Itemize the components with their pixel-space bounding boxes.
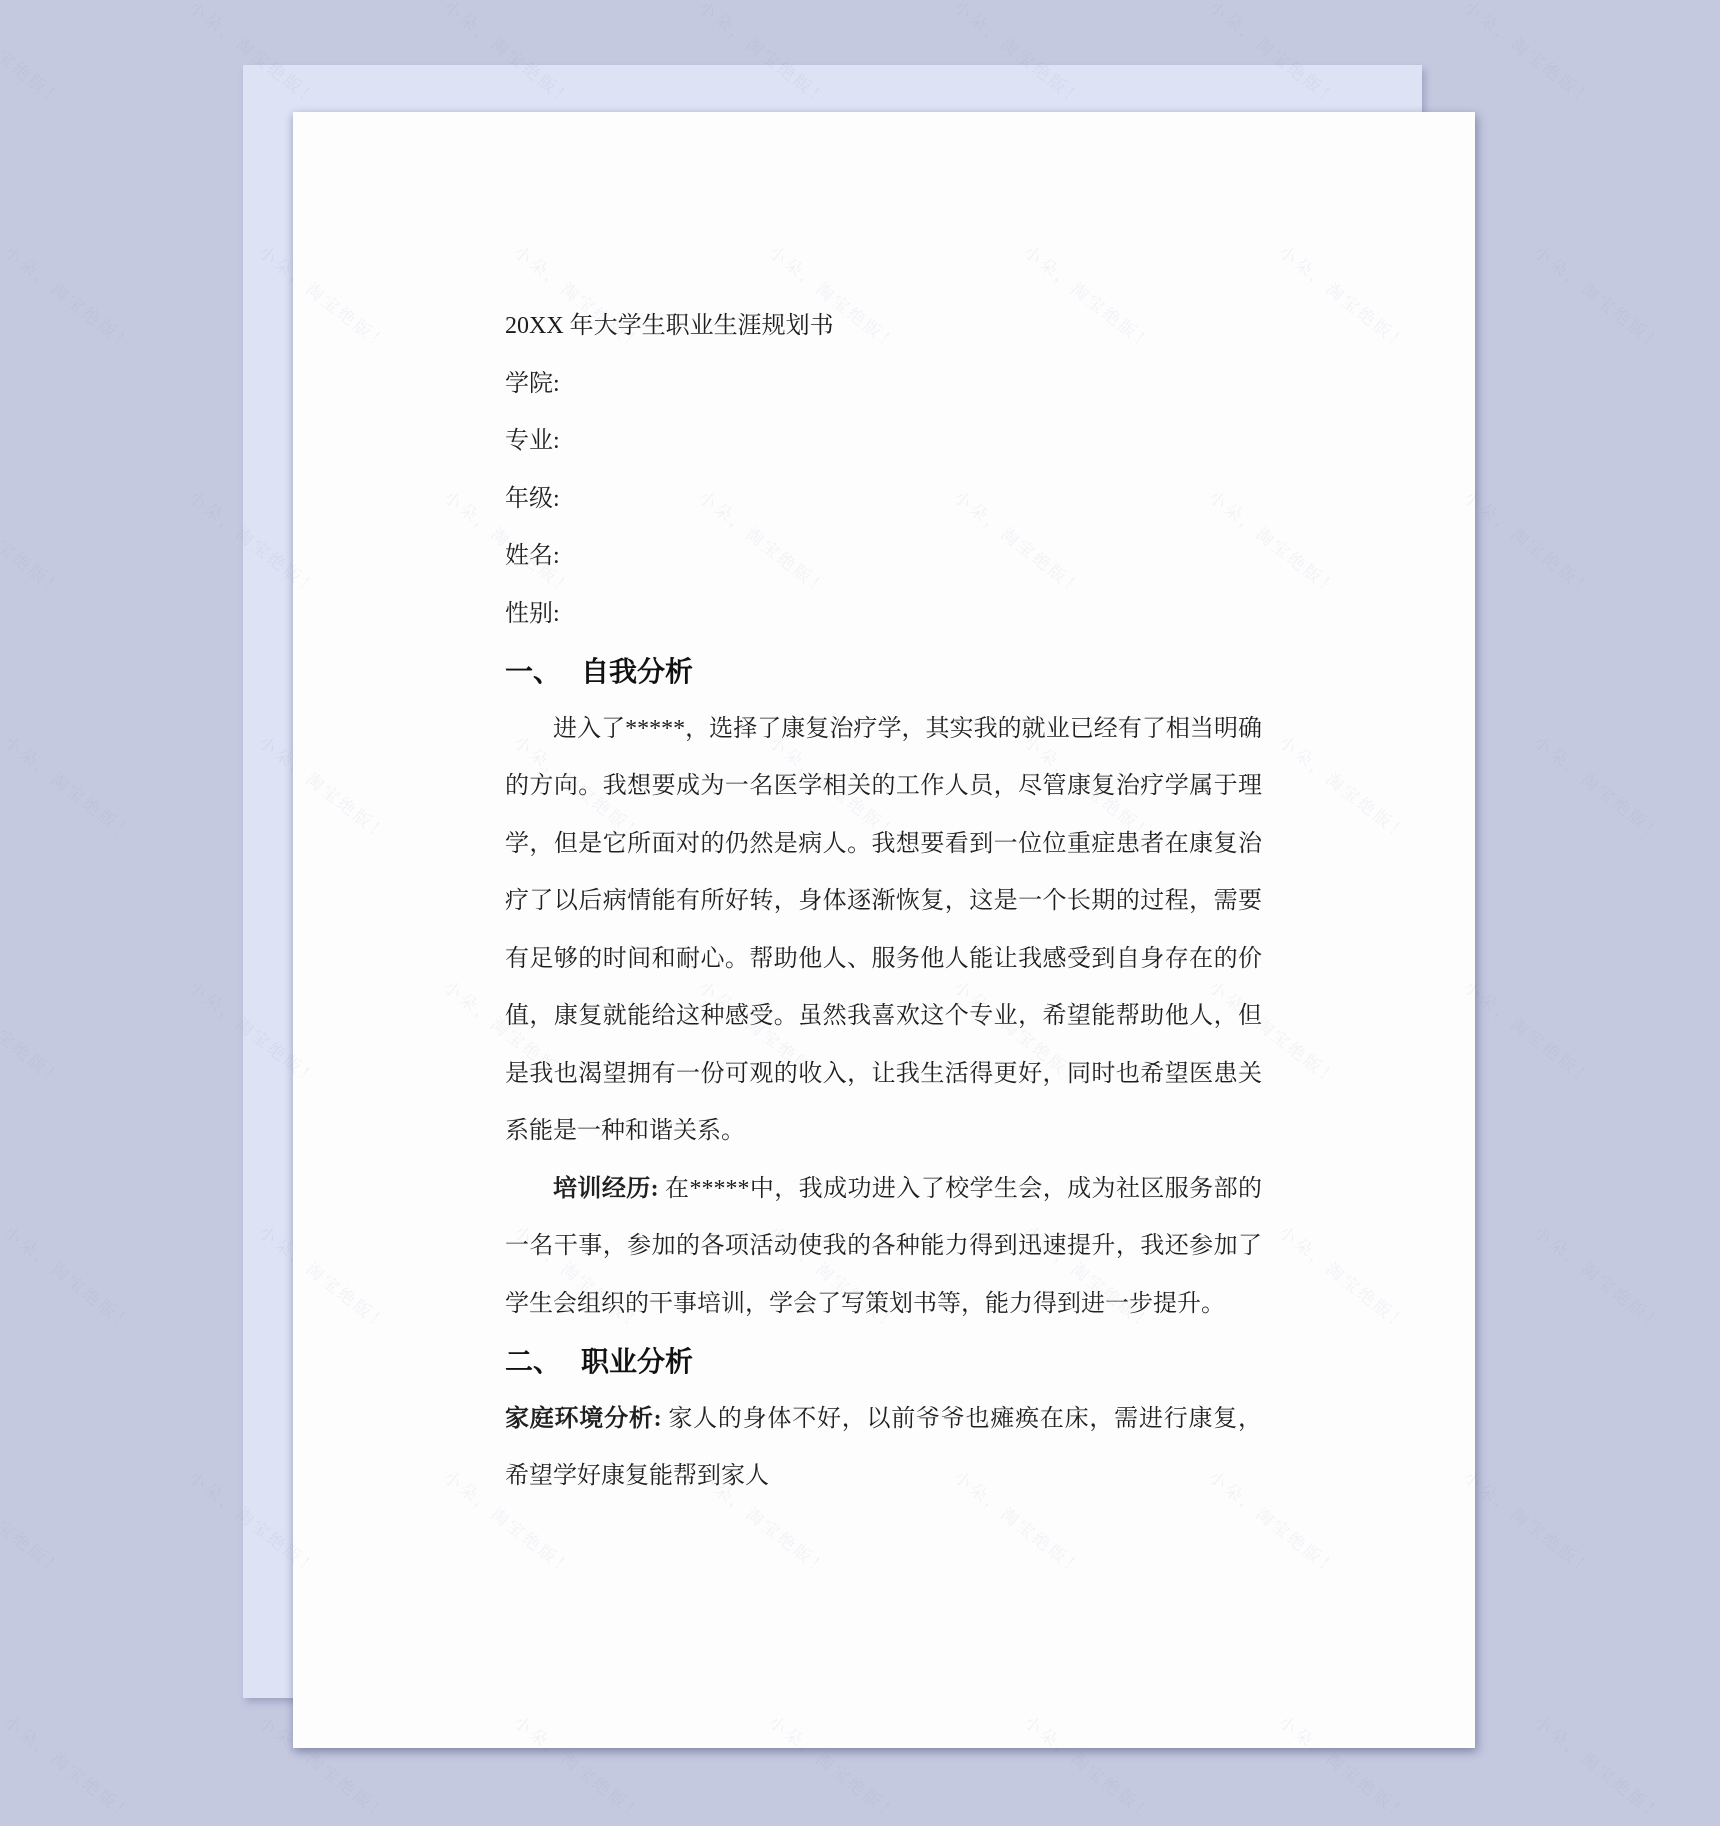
- watermark-text: 小朵，淘宝绝版！: [0, 0, 71, 112]
- section-number: 二、: [505, 1346, 561, 1377]
- watermark-text: 小朵，淘宝绝版！: [0, 1463, 71, 1581]
- paragraph-family-environment: 家庭环境分析: 家人的身体不好，以前爷爷也瘫痪在床，需进行康复，希望学好康复能帮…: [505, 1391, 1262, 1506]
- section-heading-text: 自我分析: [581, 656, 693, 687]
- watermark-text: 小朵，淘宝绝版！: [0, 728, 141, 846]
- section-heading-self-analysis: 一、自我分析: [505, 643, 1262, 701]
- field-major: 专业:: [505, 413, 1262, 471]
- watermark-text: 小朵，淘宝绝版！: [1529, 728, 1670, 846]
- paragraph-lead-family: 家庭环境分析:: [505, 1406, 662, 1432]
- watermark-text: 小朵，淘宝绝版！: [0, 1218, 141, 1336]
- watermark-text: 小朵，淘宝绝版！: [1459, 0, 1600, 112]
- section-heading-text: 职业分析: [581, 1346, 693, 1377]
- watermark-text: 小朵，淘宝绝版！: [0, 973, 71, 1091]
- document-content: 20XX 年大学生职业生涯规划书 学院: 专业: 年级: 姓名: 性别: 一、自…: [505, 112, 1262, 1506]
- watermark-text: 小朵，淘宝绝版！: [1529, 1708, 1670, 1826]
- watermark-text: 小朵，淘宝绝版！: [1459, 483, 1600, 601]
- desktop-background: 20XX 年大学生职业生涯规划书 学院: 专业: 年级: 姓名: 性别: 一、自…: [0, 0, 1720, 1826]
- watermark-text: 小朵，淘宝绝版！: [1459, 973, 1600, 1091]
- field-name: 姓名:: [505, 528, 1262, 586]
- watermark-text: 小朵，淘宝绝版！: [0, 1708, 141, 1826]
- watermark-text: 小朵，淘宝绝版！: [1714, 1463, 1720, 1581]
- section-number: 一、: [505, 656, 561, 687]
- section-heading-career-analysis: 二、职业分析: [505, 1333, 1262, 1391]
- field-grade: 年级:: [505, 471, 1262, 529]
- watermark-text: 小朵，淘宝绝版！: [0, 238, 141, 356]
- field-gender: 性别:: [505, 586, 1262, 644]
- paragraph-self-analysis: 进入了*****，选择了康复治疗学，其实我的就业已经有了相当明确的方向。我想要成…: [505, 701, 1262, 1161]
- watermark-text: 小朵，淘宝绝版！: [1529, 1218, 1670, 1336]
- paragraph-training-experience: 培训经历: 在*****中，我成功进入了校学生会，成为社区服务部的一名干事，参加…: [505, 1161, 1262, 1334]
- paragraph-lead-training: 培训经历:: [553, 1176, 659, 1202]
- watermark-text: 小朵，淘宝绝版！: [1714, 973, 1720, 1091]
- watermark-text: 小朵，淘宝绝版！: [1714, 483, 1720, 601]
- watermark-text: 小朵，淘宝绝版！: [0, 483, 71, 601]
- document-title: 20XX 年大学生职业生涯规划书: [505, 298, 1262, 356]
- watermark-text: 小朵，淘宝绝版！: [1459, 1463, 1600, 1581]
- document-page: 20XX 年大学生职业生涯规划书 学院: 专业: 年级: 姓名: 性别: 一、自…: [293, 112, 1475, 1748]
- watermark-text: 小朵，淘宝绝版！: [1714, 0, 1720, 112]
- watermark-text: 小朵，淘宝绝版！: [1529, 238, 1670, 356]
- field-college: 学院:: [505, 356, 1262, 414]
